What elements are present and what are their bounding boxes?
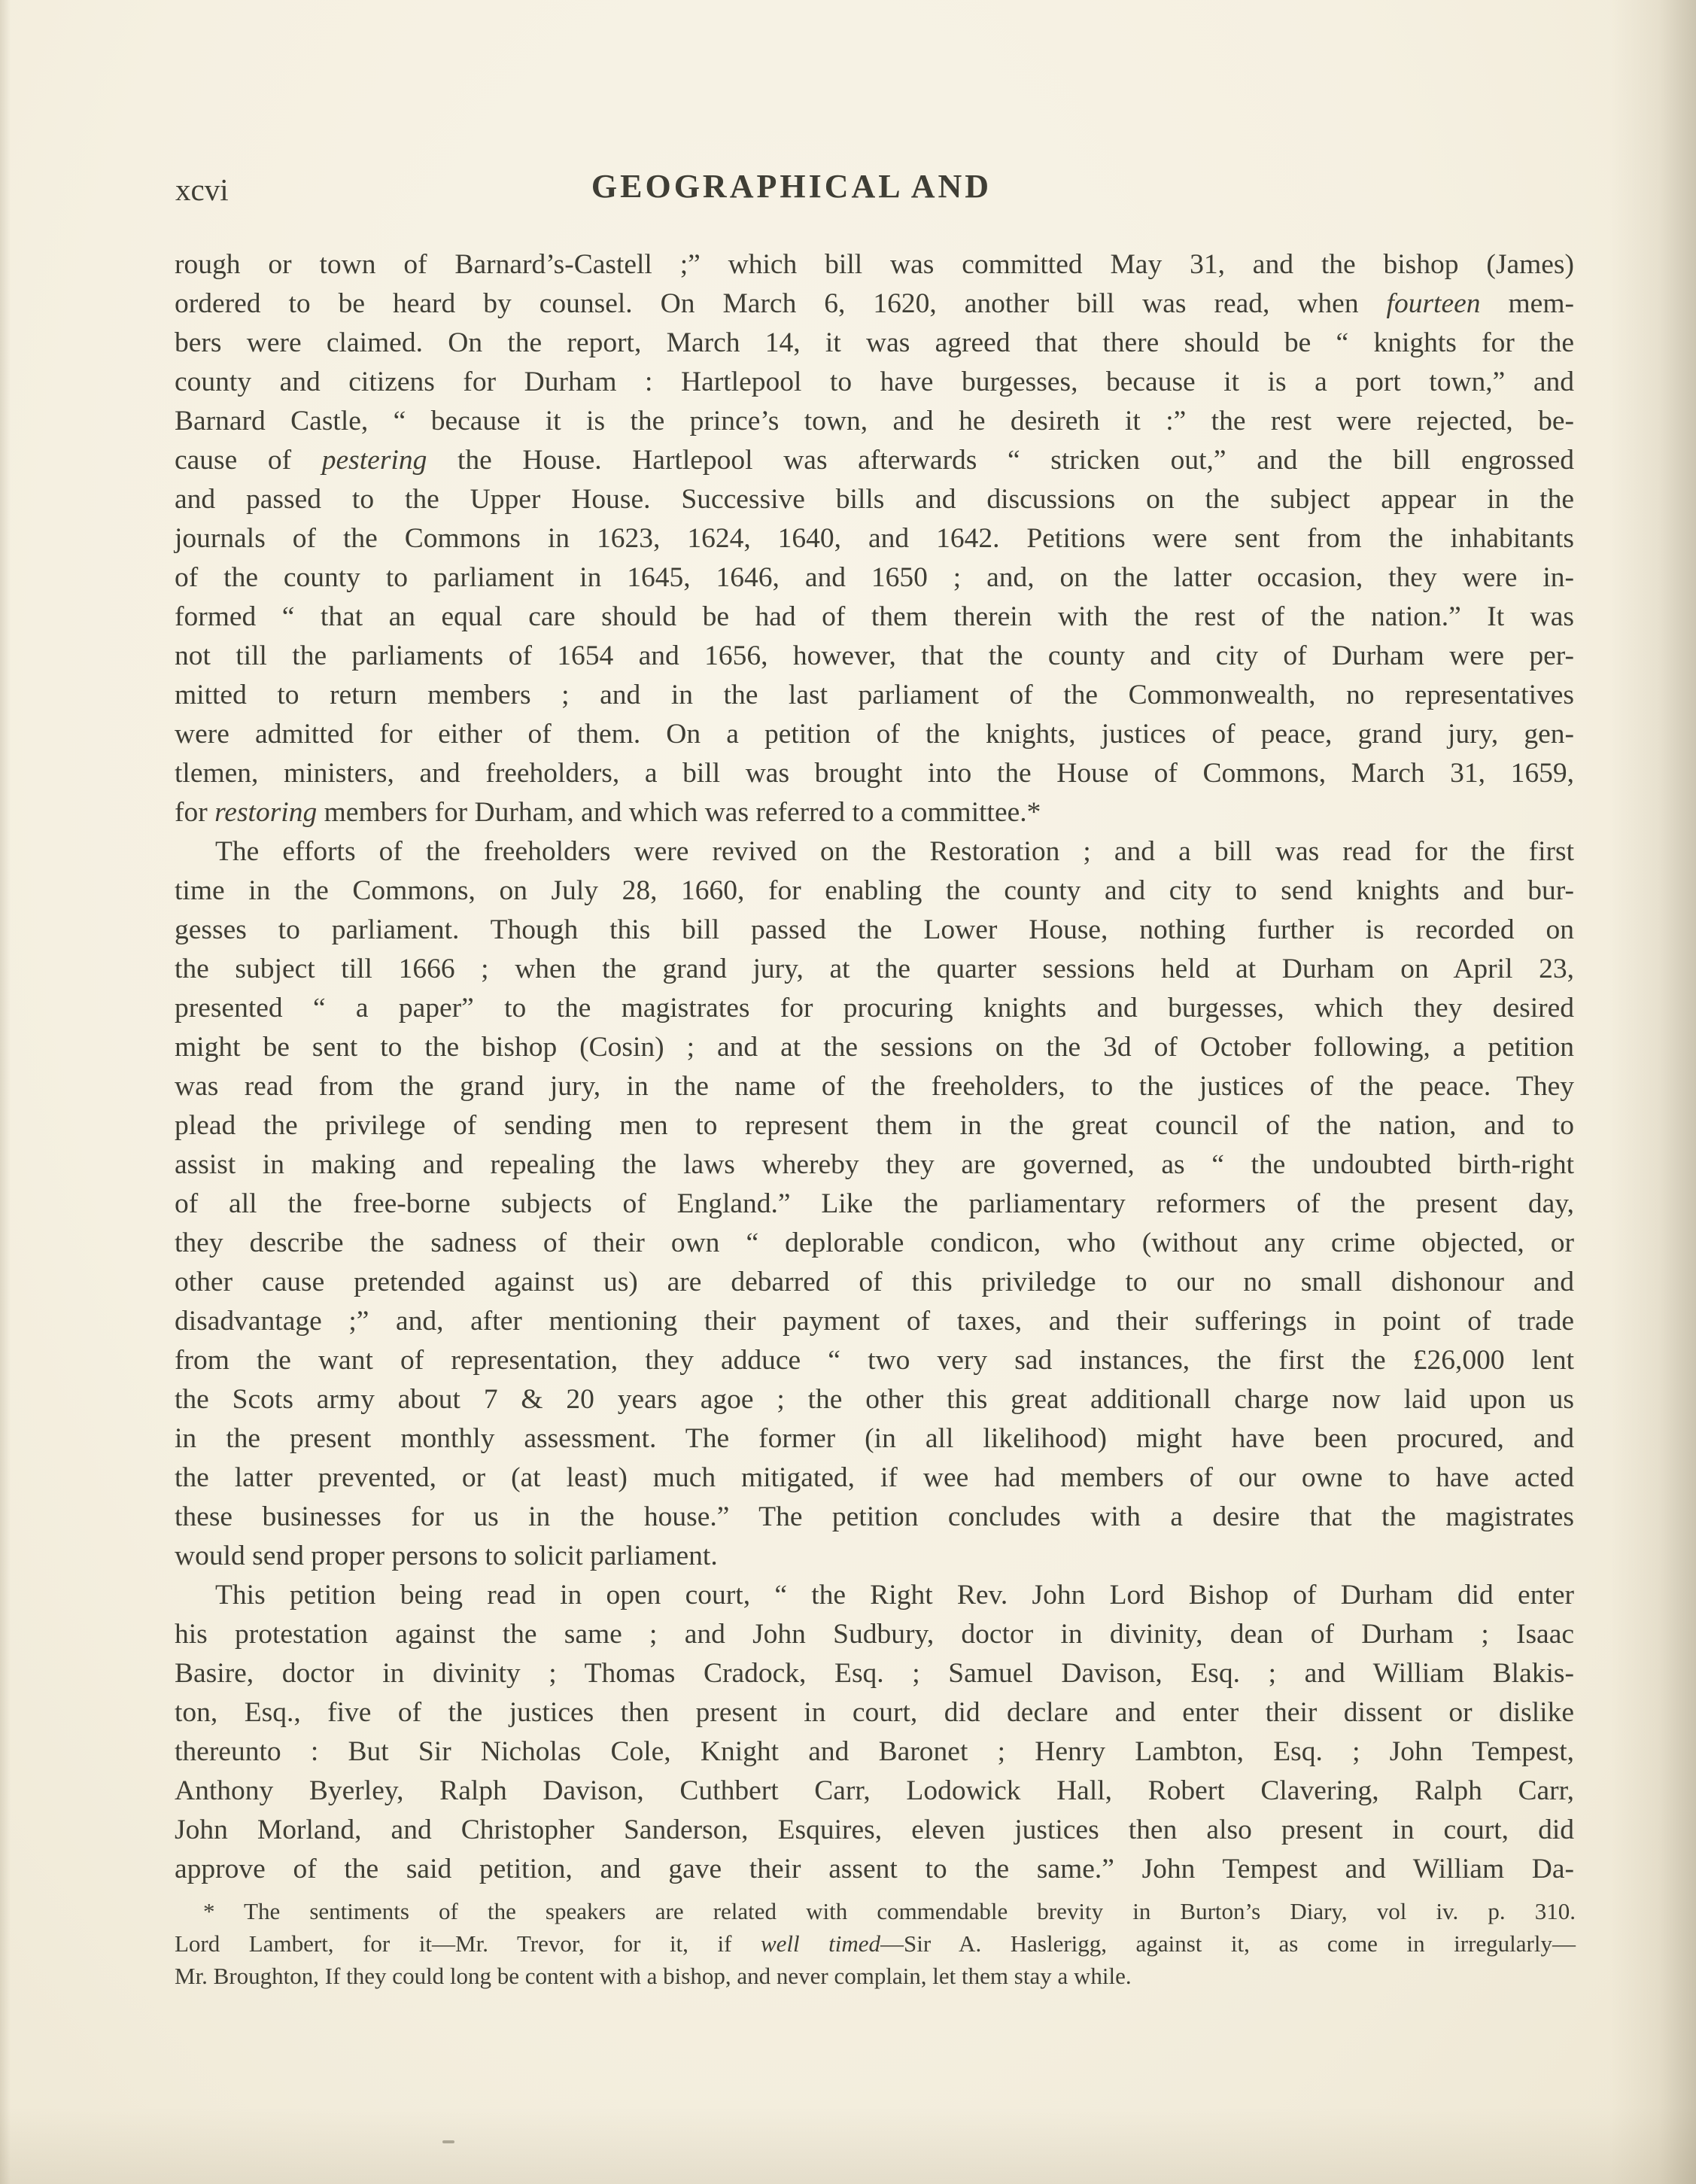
- text-line: was read from the grand jury, in the nam…: [175, 1067, 1574, 1106]
- text-line: disadvantage ;” and, after mentioning th…: [175, 1302, 1574, 1341]
- running-title: GEOGRAPHICAL AND: [591, 167, 992, 205]
- footnote-line: Lord Lambert, for it—Mr. Trevor, for it,…: [175, 1927, 1576, 1960]
- book-page-scan: xcvi GEOGRAPHICAL AND rough or town of B…: [0, 0, 1696, 2184]
- footnote-line: Mr. Broughton, If they could long be con…: [175, 1960, 1576, 1992]
- page-header: xcvi GEOGRAPHICAL AND: [0, 0, 1696, 226]
- text-line: This petition being read in open court, …: [175, 1576, 1574, 1615]
- text-line: in the present monthly assessment. The f…: [175, 1419, 1574, 1459]
- text-line: thereunto : But Sir Nicholas Cole, Knigh…: [175, 1732, 1574, 1772]
- text-line: presented “ a paper” to the magistrates …: [175, 989, 1574, 1028]
- text-line: of all the free-borne subjects of Englan…: [175, 1185, 1574, 1224]
- text-line: cause of pestering the House. Hartlepool…: [175, 441, 1574, 480]
- text-line: mitted to return members ; and in the la…: [175, 676, 1574, 715]
- text-line: approve of the said petition, and gave t…: [175, 1850, 1574, 1889]
- text-line: of the county to parliament in 1645, 164…: [175, 558, 1574, 598]
- text-line: his protestation against the same ; and …: [175, 1615, 1574, 1654]
- text-line: might be sent to the bishop (Cosin) ; an…: [175, 1028, 1574, 1067]
- text-line: bers were claimed. On the report, March …: [175, 324, 1574, 363]
- text-line: journals of the Commons in 1623, 1624, 1…: [175, 519, 1574, 558]
- text-line: John Morland, and Christopher Sanderson,…: [175, 1811, 1574, 1850]
- text-line: for restoring members for Durham, and wh…: [175, 793, 1574, 832]
- text-line: these businesses for us in the house.” T…: [175, 1498, 1574, 1537]
- text-line: Barnard Castle, “ because it is the prin…: [175, 402, 1574, 441]
- footnote-block: * The sentiments of the speakers are rel…: [175, 1895, 1576, 1992]
- text-line: gesses to parliament. Though this bill p…: [175, 911, 1574, 950]
- text-line: county and citizens for Durham : Hartlep…: [175, 363, 1574, 402]
- text-line: Anthony Byerley, Ralph Davison, Cuthbert…: [175, 1772, 1574, 1811]
- text-line: time in the Commons, on July 28, 1660, f…: [175, 871, 1574, 911]
- text-line: assist in making and repealing the laws …: [175, 1145, 1574, 1185]
- text-line: and passed to the Upper House. Successiv…: [175, 480, 1574, 519]
- footnote-line: * The sentiments of the speakers are rel…: [175, 1895, 1576, 1927]
- text-line: ton, Esq., five of the justices then pre…: [175, 1693, 1574, 1732]
- body-text-block: rough or town of Barnard’s-Castell ;” wh…: [175, 245, 1574, 1889]
- text-line: rough or town of Barnard’s-Castell ;” wh…: [175, 245, 1574, 284]
- page-number: xcvi: [175, 175, 229, 205]
- text-line: the latter prevented, or (at least) much…: [175, 1459, 1574, 1498]
- text-line: from the want of representation, they ad…: [175, 1341, 1574, 1380]
- text-line: formed “ that an equal care should be ha…: [175, 598, 1574, 637]
- text-line: the Scots army about 7 & 20 years agoe ;…: [175, 1380, 1574, 1419]
- stray-ink-mark: [442, 2140, 454, 2143]
- text-line: ordered to be heard by counsel. On March…: [175, 284, 1574, 324]
- text-line: tlemen, ministers, and freeholders, a bi…: [175, 754, 1574, 793]
- text-line: Basire, doctor in divinity ; Thomas Crad…: [175, 1654, 1574, 1693]
- text-line: were admitted for either of them. On a p…: [175, 715, 1574, 754]
- text-line: they describe the sadness of their own “…: [175, 1224, 1574, 1263]
- text-line: plead the privilege of sending men to re…: [175, 1106, 1574, 1145]
- text-line: other cause pretended against us) are de…: [175, 1263, 1574, 1302]
- text-line: not till the parliaments of 1654 and 165…: [175, 637, 1574, 676]
- text-line: would send proper persons to solicit par…: [175, 1537, 1574, 1576]
- text-line: The efforts of the freeholders were revi…: [175, 832, 1574, 871]
- text-line: the subject till 1666 ; when the grand j…: [175, 950, 1574, 989]
